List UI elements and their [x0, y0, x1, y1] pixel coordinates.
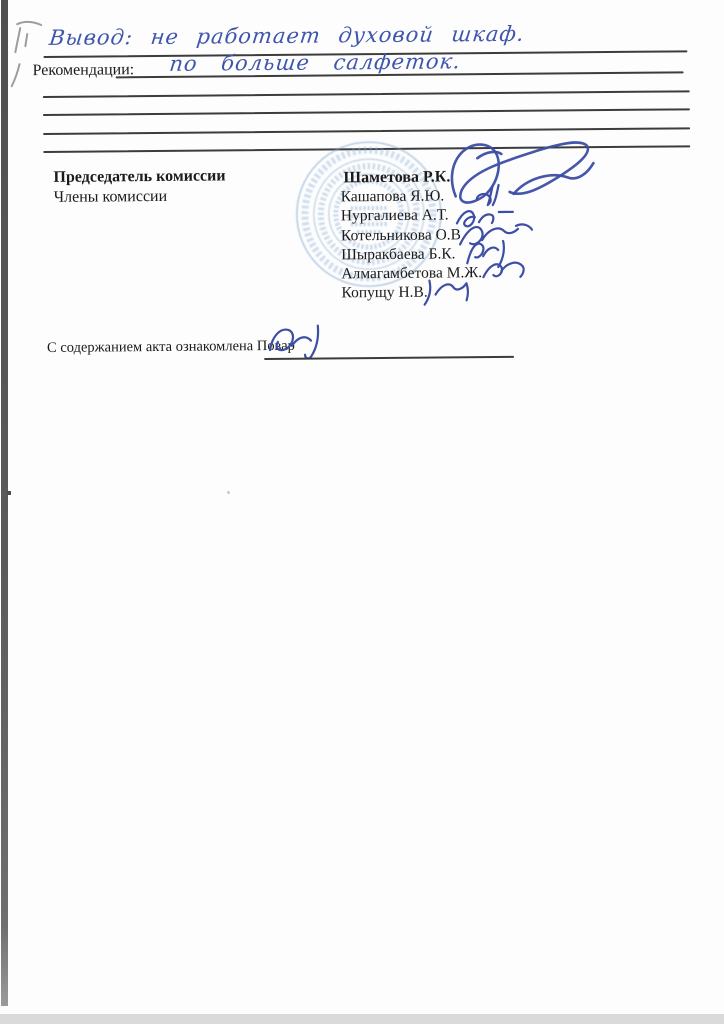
signature-cook — [260, 319, 340, 362]
member-name-3: Котельникова О.В. — [341, 226, 465, 245]
recommendations-label: Рекомендации: — [32, 61, 134, 80]
rule-line-3 — [43, 90, 690, 98]
member-name-2: Нургалиева А.Т. — [341, 206, 449, 225]
acknowledgement-label: С содержанием акта ознакомлена Повар — [47, 338, 295, 357]
handwritten-recommendation: по больше салфеток. — [168, 49, 462, 76]
handwritten-conclusion: Вывод: не работает духовой шкаф. — [48, 22, 526, 50]
members-label: Члены комиссии — [54, 188, 168, 207]
rule-line-4 — [43, 108, 690, 116]
member-name-4: Шыракбаева Б.К. — [341, 245, 455, 264]
chairman-name: Шаметова Р.К. — [343, 168, 450, 187]
signature-member-5 — [477, 255, 532, 285]
member-name-6: Копущу Н.В. — [341, 284, 427, 303]
member-name-1: Кашапова Я.Ю. — [341, 187, 445, 206]
scanned-document-page: { "page": { "handwriting": { "conclusion… — [0, 0, 724, 1024]
signature-member-6 — [419, 276, 481, 307]
chairman-label: Председатель комиссии — [53, 167, 225, 187]
document-content: Вывод: не работает духовой шкаф. Рекомен… — [0, 0, 724, 1024]
